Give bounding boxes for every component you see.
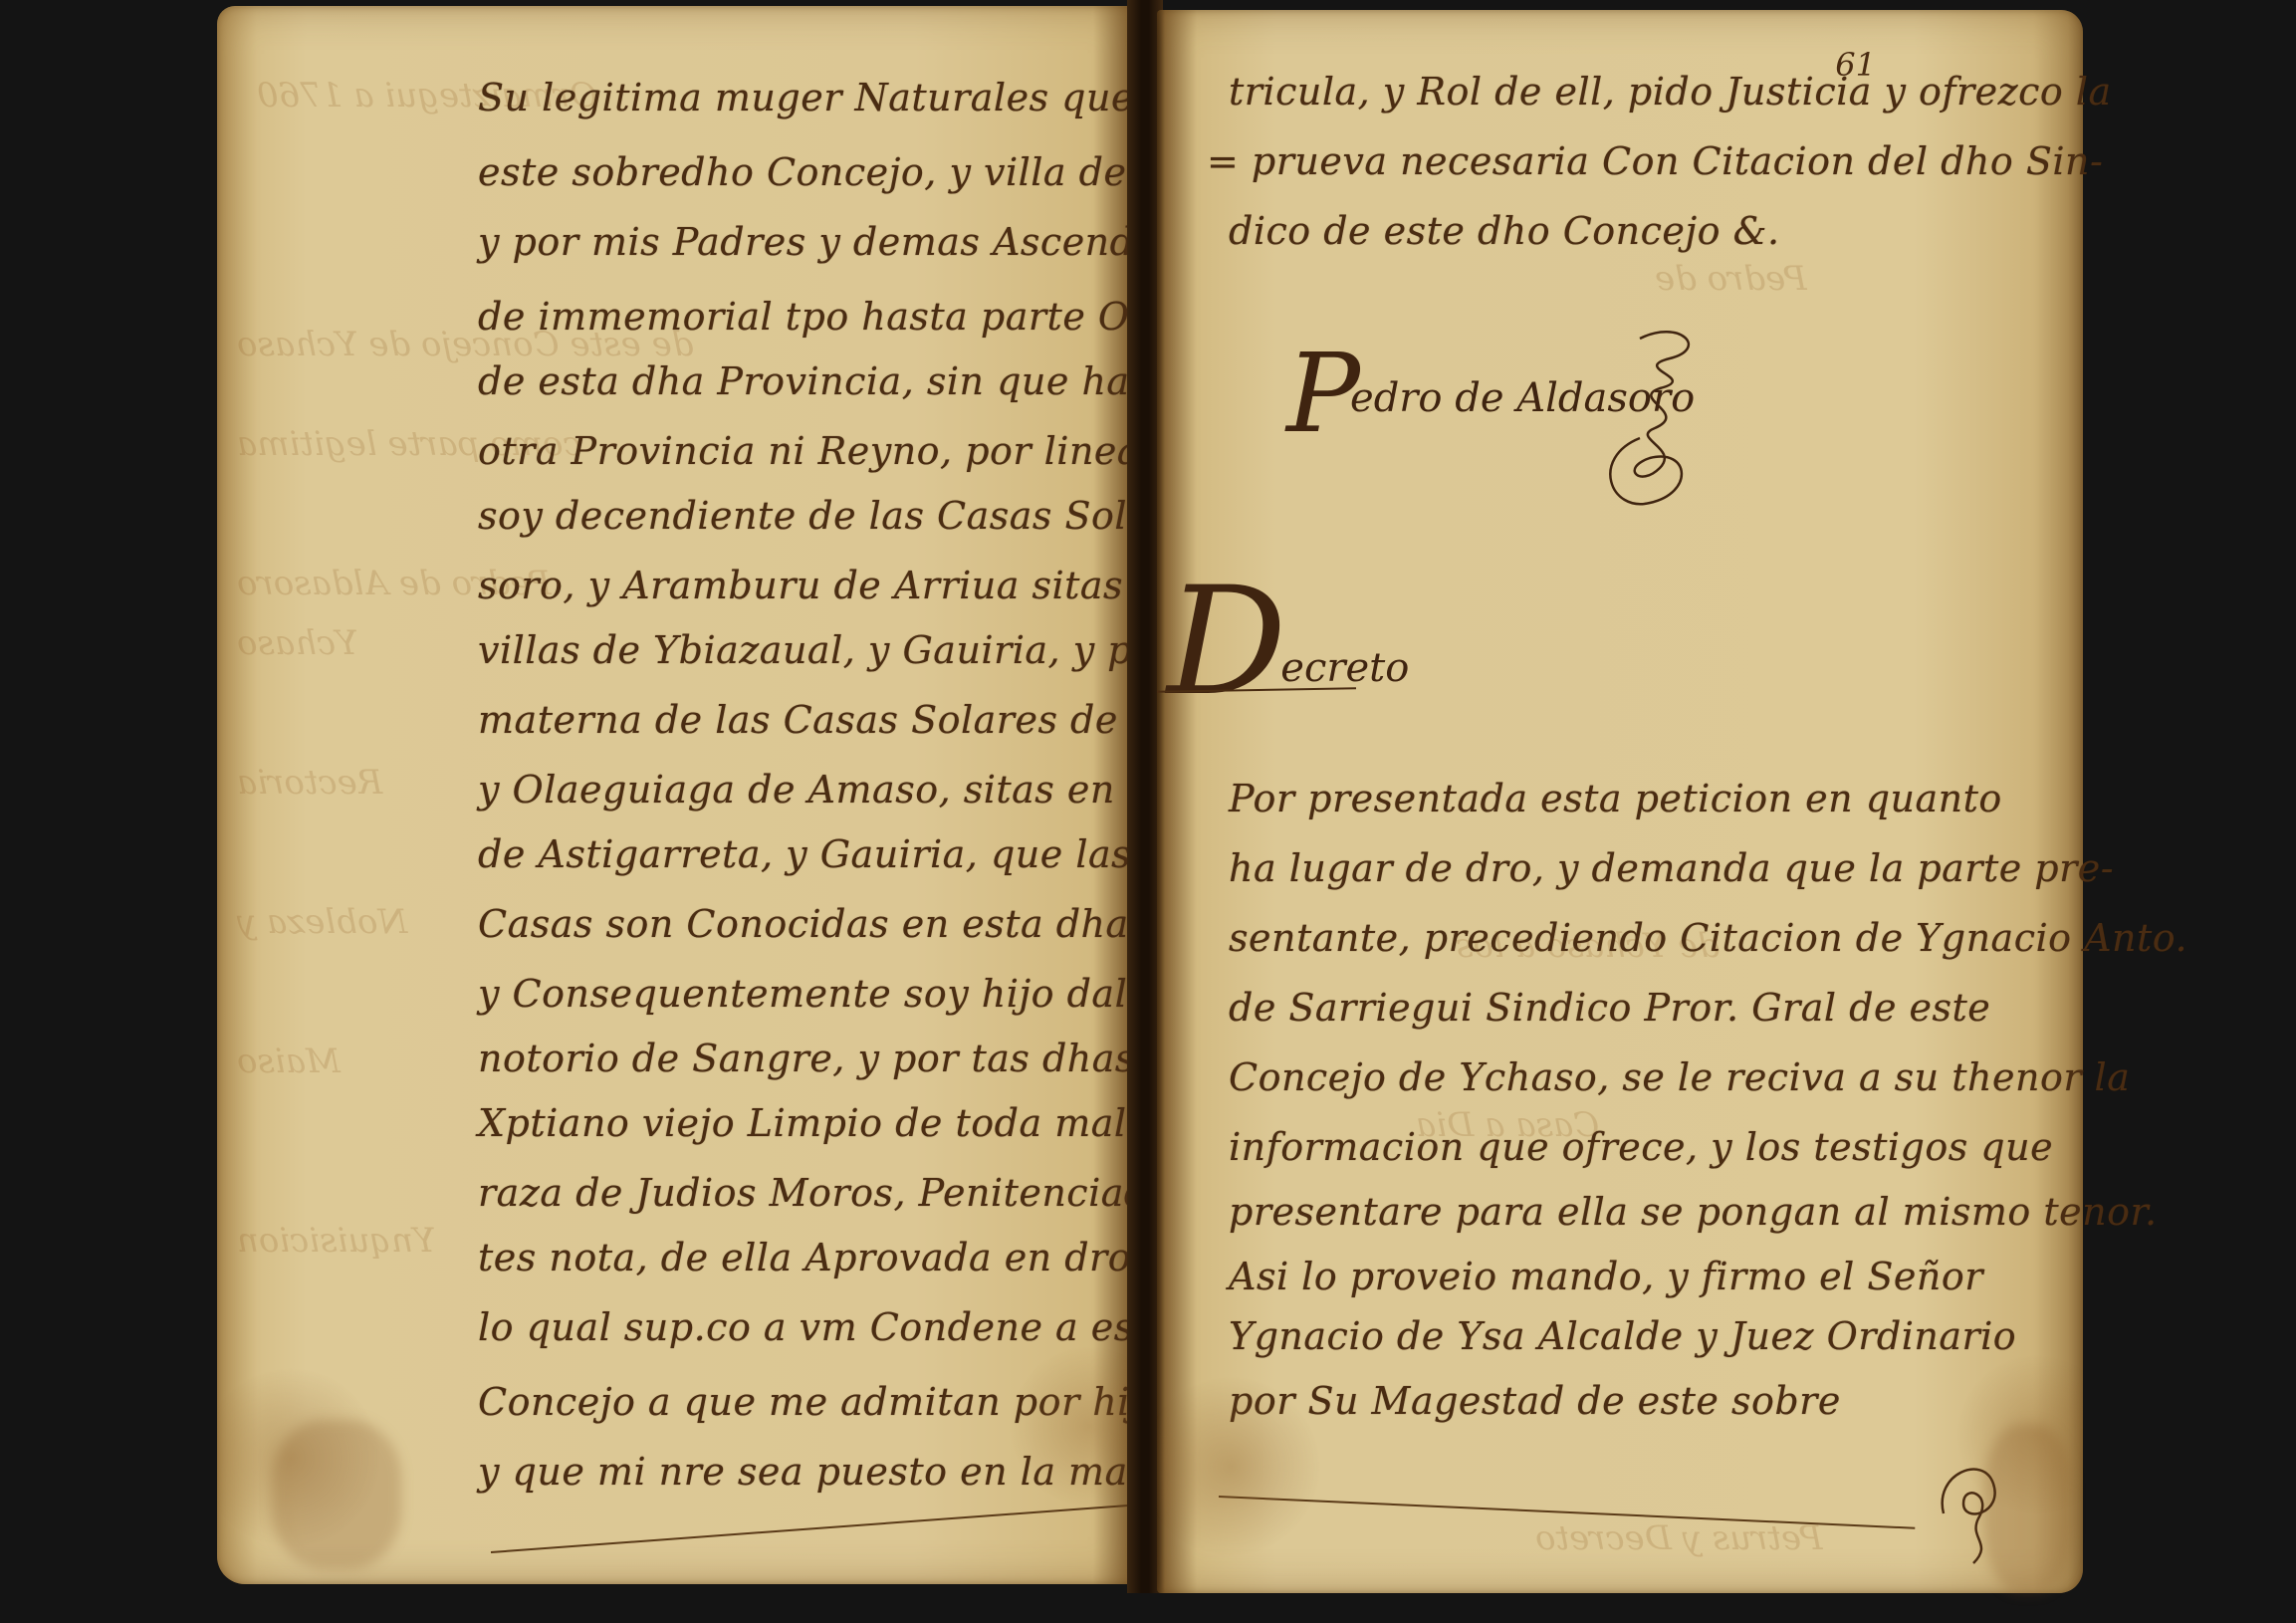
water-stain bbox=[272, 1420, 401, 1569]
bleed-through-text: Rectoria bbox=[237, 763, 382, 803]
manuscript-line: Xptiano viejo Limpio de toda mala bbox=[478, 1101, 1150, 1145]
manuscript-line: Ygnacio de Ysa Alcalde y Juez Ordinario bbox=[1229, 1314, 2016, 1358]
manuscript-line: informacion que ofrece, y los testigos q… bbox=[1229, 1125, 2053, 1169]
bleed-through-text: Pedro de bbox=[1655, 259, 1807, 299]
manuscript-line: tricula, y Rol de ell, pido Justicia y o… bbox=[1229, 70, 2112, 114]
manuscript-line: = prueva necesaria Con Citacion del dho … bbox=[1207, 139, 2103, 183]
signature-initial: P bbox=[1286, 330, 1360, 457]
signature-rubric-flourish bbox=[1600, 319, 1720, 518]
bleed-through-text: Maiso bbox=[237, 1042, 341, 1081]
open-manuscript-book: Ormaiztegui a 1760 de este Concejo de Yc… bbox=[209, 0, 2091, 1603]
manuscript-line: Concejo de Ychaso, se le reciva a su the… bbox=[1229, 1055, 2130, 1099]
bleed-through-text: Nobleza y bbox=[237, 902, 407, 942]
manuscript-line: tes nota, de ella Aprovada en dro. Por bbox=[478, 1236, 1222, 1279]
manuscript-line: Asi lo proveio mando, y firmo el Señor bbox=[1229, 1255, 1983, 1298]
decree-heading-initial: D bbox=[1167, 556, 1286, 729]
bleed-through-text: Petrus y Decreto bbox=[1535, 1518, 1823, 1558]
decree-heading-text: ecreto bbox=[1280, 645, 1409, 691]
closing-line-rule bbox=[1219, 1496, 1915, 1529]
manuscript-line: sentante, precediendo Citacion de Ygnaci… bbox=[1229, 916, 2187, 960]
manuscript-line: y que mi nre sea puesto en la ma- bbox=[478, 1450, 1141, 1494]
manuscript-line: dico de este dho Concejo &. bbox=[1229, 209, 1780, 253]
manuscript-line: por Su Magestad de este sobre bbox=[1229, 1379, 1841, 1423]
manuscript-line: y Consequentemente soy hijo dalgo bbox=[478, 972, 1175, 1016]
right-page: Pedro de de Ychaso a los Casa a Dia Petr… bbox=[1157, 10, 2083, 1593]
closing-line-rule bbox=[491, 1504, 1136, 1553]
bleed-through-text: Ynquisicion bbox=[237, 1221, 435, 1261]
manuscript-line: ha lugar de dro, y demanda que la parte … bbox=[1229, 846, 2114, 890]
left-page: Ormaiztegui a 1760 de este Concejo de Yc… bbox=[217, 6, 1135, 1584]
document-viewer: Ormaiztegui a 1760 de este Concejo de Yc… bbox=[0, 0, 2296, 1623]
closing-flourish bbox=[1924, 1444, 2013, 1573]
manuscript-line: presentare para ella se pongan al mismo … bbox=[1229, 1190, 2158, 1234]
decree-heading: Decreto bbox=[1167, 568, 1409, 717]
manuscript-line: de Sarriegui Sindico Pror. Gral de este bbox=[1229, 986, 1990, 1030]
bleed-through-text: Ychaso bbox=[237, 623, 358, 663]
manuscript-line: Por presentada esta peticion en quanto bbox=[1229, 777, 2002, 820]
